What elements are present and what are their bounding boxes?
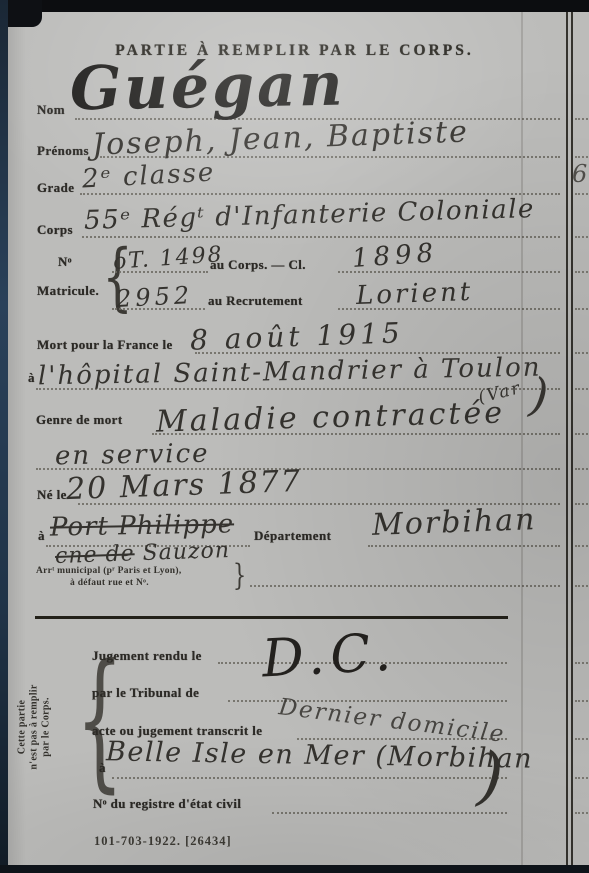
corps-value: 55ᵉ Régᵗ d'Infanterie Coloniale	[84, 194, 536, 236]
dotted-stub	[575, 193, 588, 195]
side-note: Cette partie n'est pas à remplir par le …	[17, 650, 53, 805]
dotted-stub	[575, 352, 588, 354]
card-right-rule-inner	[566, 10, 568, 873]
fold-line	[521, 10, 523, 873]
dotted-stub	[575, 545, 588, 547]
scan-edge-left	[0, 0, 8, 873]
lieu-mort-note-paren: )	[527, 367, 552, 423]
card-right-rule-outer	[571, 10, 573, 873]
dotted-stub	[575, 388, 588, 390]
registre-label: Nᵒ du registre d'état civil	[93, 796, 241, 812]
dotted-stub	[575, 156, 588, 158]
dotted-stub	[575, 812, 588, 814]
registre-line	[272, 812, 507, 814]
dotted-stub	[575, 118, 588, 120]
dotted-stub	[575, 236, 588, 238]
side-note-line1: Cette partie	[17, 650, 29, 805]
corps-line	[82, 236, 560, 238]
genre-mort-value-line2: en service	[55, 439, 210, 472]
dotted-stub	[575, 738, 588, 740]
dotted-stub	[575, 271, 588, 273]
recrutement-place-value: Lorient	[356, 277, 474, 311]
classe-value: 1898	[351, 238, 439, 274]
footer-imprint: 101-703-1922. [26434]	[94, 834, 232, 849]
side-note-line2: n'est pas à remplir	[29, 650, 41, 805]
au-recrutement-label: au Recrutement	[208, 293, 303, 309]
matricule-label-line1: Nᵒ	[58, 254, 72, 270]
mort-value: 8 août 1915	[189, 316, 404, 356]
arr-municipal-label-line1: Arrᵗ municipal (pʳ Paris et Lyon),	[36, 566, 182, 576]
dotted-stub	[575, 433, 588, 435]
death-record-card: PARTIE À REMPLIR PAR LE CORPS. Nom Guéga…	[0, 0, 589, 873]
commune-struck: cne de	[55, 541, 135, 569]
dotted-stub	[575, 662, 588, 664]
grade-label: Grade	[37, 180, 74, 196]
matricule-recrutement-value: 2952	[115, 281, 193, 313]
arr-municipal-line	[250, 585, 560, 587]
dotted-stub	[575, 585, 588, 587]
nom-label: Nom	[37, 102, 65, 118]
au-corps-label: au Corps. — Cl.	[210, 257, 306, 273]
side-note-line3: par le Corps.	[41, 650, 53, 805]
dotted-stub	[575, 503, 588, 505]
prenoms-label: Prénoms	[37, 143, 89, 159]
lieu-transcription-paren: )	[475, 739, 507, 815]
lieu-naissance-label: à	[38, 528, 45, 544]
scan-edge-bottom	[0, 865, 589, 873]
lieu-naissance-struck-value: Port Philippe	[50, 509, 235, 542]
tribunal-line	[228, 700, 507, 702]
dotted-stub	[575, 700, 588, 702]
lieu-mort-value: l'hôpital Saint-Mandrier à Toulon	[38, 353, 542, 392]
departement-value: Morbihan	[371, 502, 537, 543]
mort-label: Mort pour la France le	[37, 337, 173, 353]
departement-label: Département	[254, 528, 331, 544]
section-divider	[35, 616, 508, 619]
margin-note: 6	[572, 160, 589, 188]
matricule-label-line2: Matricule.	[37, 283, 99, 299]
tribunal-label: par le Tribunal de	[92, 685, 199, 701]
commune-line: cne de Sauzon	[55, 538, 231, 569]
ne-le-value: 20 Mars 1877	[65, 464, 302, 507]
lieu-transcription-value: Belle Isle en Mer (Morbihan	[106, 736, 534, 774]
departement-line	[368, 545, 560, 547]
arr-municipal-brace: }	[233, 561, 246, 591]
grade-value: 2ᵉ classe	[81, 158, 216, 195]
dotted-stub	[575, 777, 588, 779]
commune-value: Sauzon	[142, 538, 230, 566]
arr-municipal-label-line2: à défaut rue et Nᵒ.	[70, 578, 149, 588]
dotted-stub	[575, 308, 588, 310]
scan-edge-top	[0, 0, 589, 12]
tribunal-value: D.C.	[261, 623, 399, 690]
lieu-mort-label: à	[28, 370, 35, 386]
lieu-transcription-line	[112, 777, 507, 779]
corps-label: Corps	[37, 222, 73, 238]
ne-le-label: Né le	[37, 487, 67, 503]
genre-mort-label: Genre de mort	[36, 412, 123, 428]
dotted-stub	[575, 468, 588, 470]
jugement-label: Jugement rendu le	[92, 648, 202, 664]
nom-value: Guégan	[69, 50, 346, 125]
